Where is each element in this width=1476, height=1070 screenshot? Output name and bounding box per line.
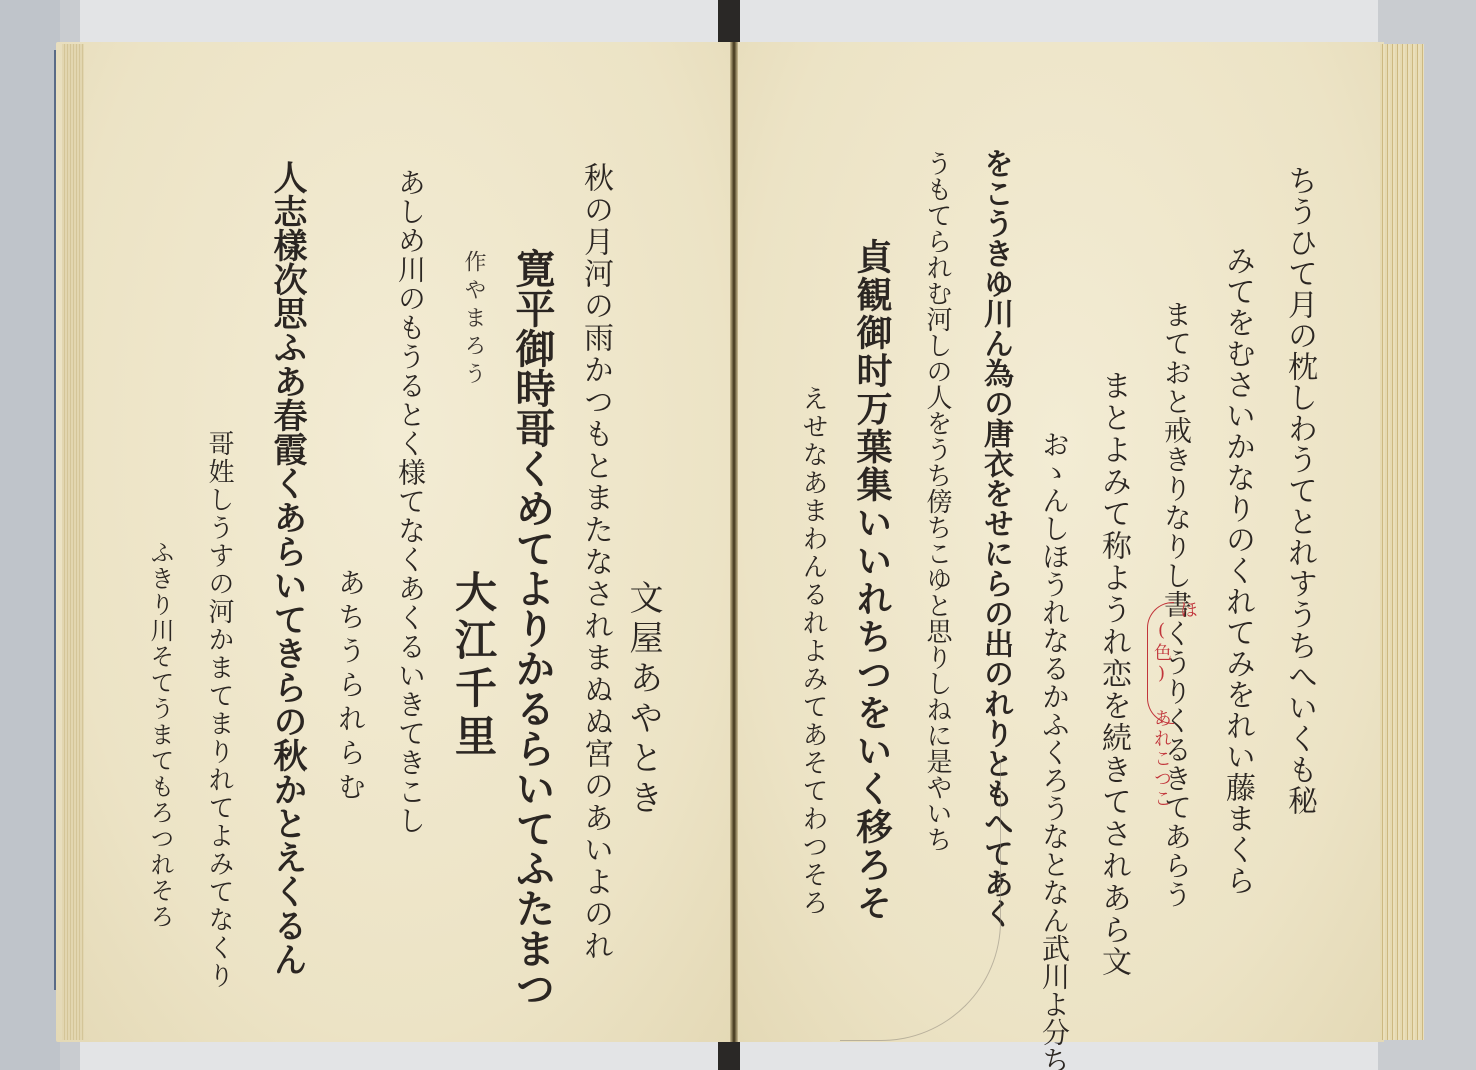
right-col-7: うもてられむ河しの人をうち傍ちこゆと思りしねに是やいち [924, 150, 950, 852]
left-col-8: 人志樣次思ふあ春霞くあらいてきらの秋かとえくるん [270, 160, 304, 976]
left-col-10: ふきり川そてうまてもろつれそろ [148, 540, 172, 930]
left-col-7: あちうられらむ [336, 568, 364, 806]
right-page-edges [1380, 44, 1424, 1040]
right-col-9: えせなあまわんるれよみてあそてわつそろ [800, 385, 826, 917]
right-col-2: みてをむさいかなりのくれてみをれい藤まくら [1222, 245, 1252, 896]
left-page-edges [62, 44, 84, 1040]
left-col-1: 文屋あやとき [626, 580, 660, 820]
book-gutter [730, 42, 738, 1042]
left-col-3: 寛平御時哥くめてよりかるらいてふたまつ [512, 248, 552, 1008]
left-col-4: 大江千里 [452, 570, 494, 762]
left-col-6: あしめ川のもうるとく様てなくあくるいきてきこし [396, 168, 424, 835]
background-left [0, 0, 60, 1070]
left-col-9: 哥姓しうすの河かまてまりれてよみてなくり [206, 430, 232, 990]
red-mark: ほ [1178, 600, 1196, 620]
right-col-5: おゝんしほうれなるかふくろうなとなん武川よ分ち [1040, 430, 1068, 1070]
red-annotation: (色) あれこつこ [1152, 620, 1170, 809]
left-col-5: 作やまろう [462, 250, 484, 390]
right-col-1: ちうひて月の枕しわうてとれすうちへいくも秘 [1284, 165, 1314, 816]
right-col-4: まとよみて称ようれ恋を続きてされあら文 [1098, 370, 1128, 978]
book-clip-top [718, 0, 740, 42]
left-col-2: 秋の月河の雨かつもとまたなされまぬぬ宮のあいよのれ [580, 162, 610, 962]
